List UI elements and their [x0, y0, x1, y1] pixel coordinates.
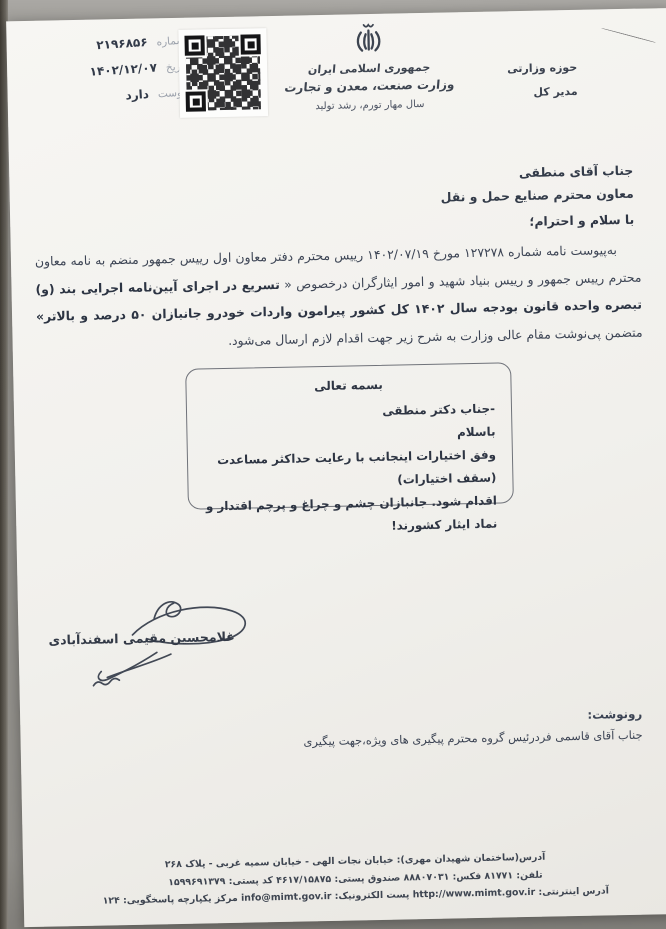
staple-mark [601, 28, 655, 43]
signature-block: غلامحسین مقیمی اسفندآبادی [36, 586, 288, 701]
bismillah: بسمه تعالی [202, 376, 494, 396]
iran-emblem-icon [349, 20, 388, 59]
attachment-value: دارد [125, 87, 149, 102]
routing-line-1: حوزه وزارتی [499, 56, 577, 82]
directive-note-box: بسمه تعالی -جناب دکتر منطقی باسلام وفق ا… [185, 362, 514, 510]
year-slogan: سال مهار تورم، رشد تولید [284, 98, 456, 112]
letterhead-center: جمهوری اسلامی ایران وزارت صنعت، معدن و ت… [282, 18, 456, 112]
ministry-title: وزارت صنعت، معدن و تجارت [283, 77, 456, 94]
routing-block: حوزه وزارتی مدیر کل [499, 56, 578, 106]
number-value: ۲۱۹۶۸۵۶ [96, 35, 148, 52]
letter-paper: شماره ۲۱۹۶۸۵۶ تاریخ ۱۴۰۲/۱۲/۰۷ پیوست دار… [6, 8, 666, 927]
note-line-4: اقدام شود. جانبازان چشم و چراغ و پرچم اق… [205, 490, 498, 542]
qr-finder-icon [240, 34, 260, 54]
date-value: ۱۴۰۲/۱۲/۰۷ [89, 60, 157, 78]
letter-body: به‌پیوست نامه شماره ۱۲۷۲۷۸ مورخ ۱۴۰۲/۰۷/… [35, 236, 643, 358]
routing-line-2: مدیر کل [499, 80, 577, 106]
cc-line: جناب آقای قاسمی فردرئیس گروه محترم پیگیر… [51, 728, 643, 754]
qr-code-icon [178, 28, 268, 118]
salutation: با سلام و احترام؛ [529, 212, 634, 229]
reference-block: شماره ۲۱۹۶۸۵۶ تاریخ ۱۴۰۲/۱۲/۰۷ پیوست دار… [39, 33, 190, 120]
qr-finder-icon [186, 91, 206, 111]
letter-footer: آدرس(ساختمان شهیدان مهری): خیابان نجات ا… [23, 846, 666, 912]
cc-block: رونوشت: جناب آقای قاسمی فردرئیس گروه محت… [50, 707, 643, 754]
country-title: جمهوری اسلامی ایران [283, 60, 456, 76]
body-part-3: متضمن پی‌نوشت مقام عالی وزارت به شرح زیر… [228, 324, 643, 347]
handwritten-signature-icon [36, 586, 288, 701]
backdrop-left-edge [0, 0, 8, 929]
note-line-3: وفق اختیارات اینجانب با رعایت حداکثر مسا… [204, 444, 497, 496]
recipient-title: معاون محترم صنایع حمل و نقل [440, 182, 633, 209]
recipient-block: جناب آقای منطقی معاون محترم صنایع حمل و … [440, 159, 634, 209]
qr-finder-icon [184, 35, 204, 55]
